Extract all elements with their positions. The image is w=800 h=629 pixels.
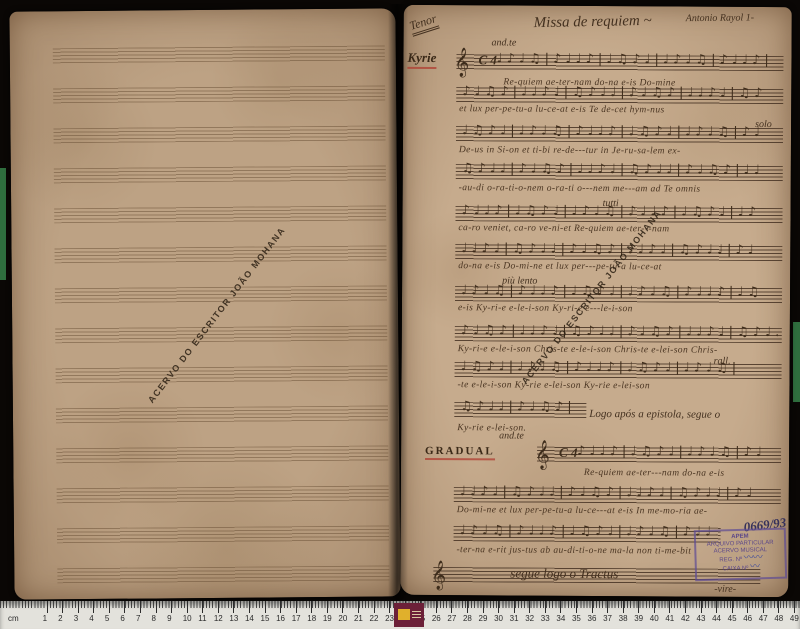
performance-marking: rall. — [714, 356, 731, 367]
ruler-number: 8 — [152, 614, 156, 623]
ruler-cm-tick — [685, 601, 686, 613]
ruler-cm-tick — [763, 601, 764, 613]
performance-marking: tutti — [603, 198, 619, 209]
ruler-cm-tick — [358, 601, 359, 613]
ruler-number: 3 — [74, 614, 78, 623]
handwritten-notes: ♩♪♩♫|♪♩♩♪|♩♫♪♩|♩♪♩♫|♪♩♩♪| — [496, 51, 779, 68]
ruler-number: 39 — [634, 614, 643, 623]
ruler-number: 49 — [790, 614, 799, 623]
building-icon — [397, 609, 410, 620]
handwritten-notes: ♫♪♩♩|♪♩♫♪| — [460, 399, 582, 415]
right-page-systems: 𝄞C 4♩♪♩♫|♪♩♩♪|♩♫♪♩|♩♪♩♫|♪♩♩♪|Kyrieand.te… — [404, 5, 792, 7]
lyrics-line: Do-mi-ne et lux per-pe-tu-a lu-ce---at e… — [457, 505, 708, 517]
ruler-number: 6 — [120, 614, 124, 623]
blank-staff — [53, 85, 385, 103]
work-title: Missa de requiem ~ — [534, 13, 652, 32]
performance-note: Logo após a epistola, segue o — [589, 408, 720, 421]
performance-marking: solo — [755, 119, 772, 130]
composer-attribution: Antonio Rayol 1- — [686, 12, 754, 24]
handwritten-notes: ♩♫♪♩|♩♪♩♫|♪♩♩♪|♩♫♪♩|♩♪♩♫|♪♩ — [462, 123, 779, 140]
ruler-number: 21 — [354, 614, 363, 623]
ruler-number: 20 — [338, 614, 347, 623]
ruler-number: 4 — [89, 614, 93, 623]
ruler-cm-tick — [62, 601, 63, 613]
ruler-number: 18 — [307, 614, 316, 623]
lyrics-line: -te e-le-i-son Ky-rie e-lei-son Ky-rie e… — [457, 380, 650, 391]
ruler-number: 28 — [463, 614, 472, 623]
time-signature: C 4 — [559, 445, 578, 461]
lyrics-line: et lux per-pe-tu-a lu-ce-at e-is Te de-c… — [459, 104, 664, 115]
right-page: Tenor Missa de requiem ~ Antonio Rayol 1… — [400, 5, 792, 597]
ruler-cm-tick — [451, 601, 452, 613]
ruler-cm-tick — [732, 601, 733, 613]
ruler-cm-tick — [374, 601, 375, 613]
blank-staff — [57, 565, 389, 583]
continuation-note: segue logo o Tractus — [510, 565, 618, 582]
left-page: ACERVO DO ESCRITOR JOÃO MOHANA — [9, 8, 400, 599]
ruler-cm-tick — [47, 601, 48, 613]
ruler-number: 17 — [292, 614, 301, 623]
ruler-number: 29 — [479, 614, 488, 623]
photo-background: ACERVO DO ESCRITOR JOÃO MOHANA Tenor Mis… — [0, 0, 800, 629]
blank-staff — [56, 365, 388, 383]
blank-staff — [53, 45, 385, 63]
ruler-number: 45 — [728, 614, 737, 623]
ruler-number: 40 — [650, 614, 659, 623]
ruler-cm-tick — [529, 601, 530, 613]
ruler-number: 14 — [245, 614, 254, 623]
blank-staff — [53, 125, 385, 143]
ruler-number: 37 — [603, 614, 612, 623]
ruler-cm-tick — [467, 601, 468, 613]
ruler-cm-tick — [78, 601, 79, 613]
ruler-cm-tick — [109, 601, 110, 613]
ruler-cm-tick — [514, 601, 515, 613]
page-fold-shadow — [388, 4, 408, 600]
tempo-marking: and.te — [492, 37, 517, 48]
ruler-cm-tick — [140, 601, 141, 613]
lyrics-line: do-na e-is Do-mi-ne et lux per---pe-tu-a… — [458, 261, 662, 272]
ruler-cm-tick — [654, 601, 655, 613]
green-edge-left — [0, 168, 6, 280]
performance-marking: più lento — [502, 275, 537, 286]
handwritten-notes: ♪♩♩♪|♩♫♪♩|♩♪♩♫|♪♩ — [577, 444, 777, 460]
blank-staff — [54, 165, 386, 183]
lyrics-line: Re-quiem ae-ter---nam do-na e-is — [584, 468, 725, 479]
section-heading: GRADUAL — [425, 445, 495, 460]
ruler-cm-tick — [483, 601, 484, 613]
ruler-number: 7 — [136, 614, 140, 623]
ruler-cm-tick — [436, 601, 437, 613]
logo-text-line — [412, 611, 421, 612]
apem-logo — [394, 603, 424, 627]
ruler-number: 46 — [743, 614, 752, 623]
ruler-cm-tick — [576, 601, 577, 613]
ruler-cm-tick — [187, 601, 188, 613]
handwritten-notes: ♪♩♫♪|♩♩♪♩|♫♪♩♩|♪♩♫♪|♩♩♪♩|♫♪ — [462, 84, 779, 101]
ruler-number: 11 — [198, 614, 206, 623]
ruler-cm-tick — [607, 601, 608, 613]
treble-clef-icon: 𝄞 — [431, 560, 446, 590]
ruler-cm-tick — [93, 601, 94, 613]
ruler-cm-tick — [592, 601, 593, 613]
ruler-cm-tick — [701, 601, 702, 613]
measuring-ruler: cm 1234567891011121314151617181920212223… — [0, 601, 800, 629]
archive-stamp: APEM ARQUIVO PARTICULAR ACERVO MUSICAL R… — [694, 528, 787, 582]
section-heading: Kyrie — [407, 50, 436, 69]
ruler-cm-tick — [265, 601, 266, 613]
part-label: Tenor — [408, 11, 440, 37]
ruler-number: 12 — [214, 614, 223, 623]
ruler-cm-tick — [794, 601, 795, 613]
ruler-cm-tick — [389, 601, 390, 613]
archive-stamp-line: CAIXA Nº 〰 — [697, 563, 785, 575]
ruler-cm-tick — [716, 601, 717, 613]
ruler-cm-tick — [249, 601, 250, 613]
blank-staff — [54, 205, 386, 223]
lyrics-line: -ter-na e-rit jus-tus ab au-di-ti-o-ne m… — [456, 545, 691, 556]
treble-clef-icon: 𝄞 — [535, 440, 550, 470]
ruler-cm-tick — [545, 601, 546, 613]
ruler-cm-tick — [156, 601, 157, 613]
ruler-number: 9 — [167, 614, 171, 623]
ruler-number: 42 — [681, 614, 690, 623]
ruler-number: 43 — [697, 614, 706, 623]
ruler-number: 1 — [43, 614, 47, 623]
ruler-cm-tick — [233, 601, 234, 613]
blank-staff — [56, 445, 388, 463]
treble-clef-icon: 𝄞 — [454, 47, 469, 77]
ruler-number: 22 — [370, 614, 379, 623]
ruler-cm-tick — [623, 601, 624, 613]
left-page-staves — [9, 8, 395, 11]
ruler-cm-tick — [342, 601, 343, 613]
handwritten-notes: ♩♪♩♫|♪♩♩♪|♩♫♪♩|♩♪♩♫|♪♩♩♪| — [460, 523, 717, 540]
lyrics-line: -au-di o-ra-ti-o-nem o-ra-ti o---nem me-… — [459, 183, 701, 194]
ruler-number: 34 — [556, 614, 565, 623]
ruler-cm-tick — [638, 601, 639, 613]
tempo-marking: and.te — [499, 430, 524, 441]
handwritten-notes: ♪♩♩♪|♩♫♪♩|♩♪♩♫|♪♩♩♪|♩♫♪♩|♩♪ — [462, 203, 779, 220]
ruler-cm-tick — [498, 601, 499, 613]
ruler-unit-label: cm — [8, 614, 19, 623]
ruler-cm-tick — [669, 601, 670, 613]
blank-staff — [57, 525, 389, 543]
ruler-number: 38 — [619, 614, 628, 623]
ruler-cm-tick — [747, 601, 748, 613]
ruler-number: 44 — [712, 614, 721, 623]
ruler-number: 31 — [510, 614, 519, 623]
blank-staff — [56, 405, 388, 423]
ruler-number: 23 — [385, 614, 394, 623]
ruler-number: 27 — [447, 614, 456, 623]
logo-text-line — [412, 617, 421, 618]
lyrics-line: e-is Ky-ri-e e-le-i-son Ky-ri-e e---le-i… — [458, 303, 633, 314]
ruler-number: 32 — [525, 614, 534, 623]
ruler-cm-tick — [560, 601, 561, 613]
ruler-cm-tick — [124, 601, 125, 613]
ruler-number: 36 — [588, 614, 597, 623]
ruler-number: 13 — [229, 614, 238, 623]
ruler-cm-tick — [280, 601, 281, 613]
handwritten-notes: ♩♩♪♩|♫♪♩♩|♪♩♫♪|♩♩♪♩|♫♪♩♩|♪♩ — [460, 484, 777, 501]
lyrics-line: De-us in Si-on et ti-bi re-de---tur in J… — [459, 145, 681, 156]
ruler-number: 41 — [665, 614, 674, 623]
blank-staff — [57, 485, 389, 503]
blank-staff — [55, 325, 387, 343]
green-edge-right — [793, 322, 800, 402]
ruler-number: 5 — [105, 614, 109, 623]
ruler-number: 30 — [494, 614, 503, 623]
lyrics-line: Ky-ri-e e-le-i-son Chris-te e-le-i-son C… — [458, 344, 718, 356]
page-turn-note: -vire- — [714, 584, 736, 595]
ruler-cm-tick — [171, 601, 172, 613]
logo-text-line — [412, 614, 421, 615]
ruler-cm-tick — [202, 601, 203, 613]
ruler-number: 2 — [58, 614, 62, 623]
ruler-number: 26 — [432, 614, 441, 623]
blank-staff — [55, 245, 387, 263]
ruler-cm-tick — [311, 601, 312, 613]
ruler-cm-tick — [218, 601, 219, 613]
handwritten-notes: ♪♩♫♪|♩♩♪♩|♫♪♩♩|♪♩♫♪|♩♩♪♩|♫♪♩♩| — [461, 323, 778, 340]
ruler-number: 35 — [572, 614, 581, 623]
handwritten-notes: ♫♪♩♩|♪♩♫♪|♩♩♪♩|♫♪♩♩|♪♩♫♪|♩♩ — [462, 161, 779, 178]
ruler-number: 33 — [541, 614, 550, 623]
handwritten-box-number: 〰 — [750, 561, 759, 572]
ruler-cm-tick — [778, 601, 779, 613]
ruler-number: 47 — [759, 614, 768, 623]
ruler-cm-tick — [327, 601, 328, 613]
ruler-number: 16 — [276, 614, 285, 623]
ruler-number: 19 — [323, 614, 332, 623]
ruler-number: 48 — [774, 614, 783, 623]
ruler-number: 15 — [261, 614, 270, 623]
ruler-number: 10 — [183, 614, 192, 623]
time-signature: C 4 — [478, 52, 497, 68]
ruler-cm-tick — [296, 601, 297, 613]
